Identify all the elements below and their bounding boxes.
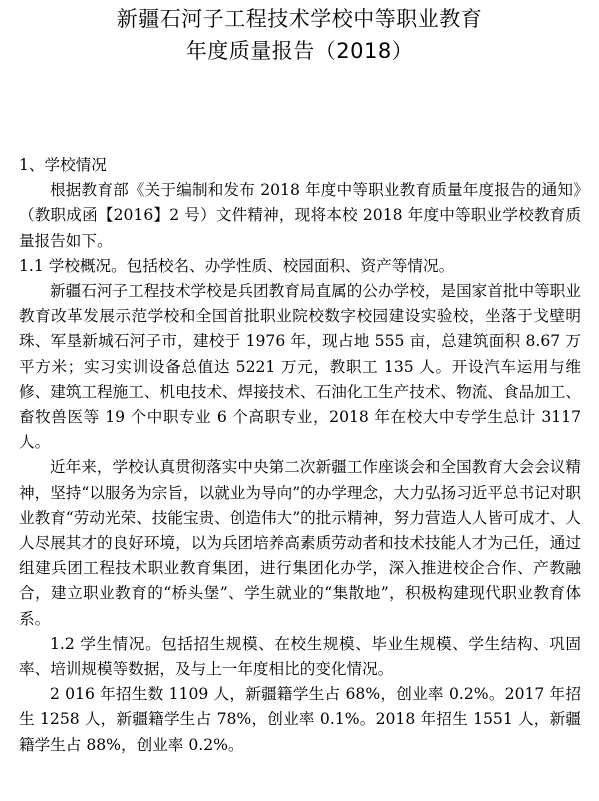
subsection-heading-1-2: 1.2 学生情况。包括招生规模、在校生规模、毕业生规模、学生结构、巩固率、培训规… (19, 632, 581, 682)
section-heading-school-overview: 1、学校情况 (19, 153, 581, 178)
school-profile-paragraph: 新疆石河子工程技术学校是兵团教育局直属的公办学校，是国家首批中等职业教育改革发展… (19, 279, 581, 455)
enrollment-stats-paragraph: 2 016 年招生数 1109 人，新疆籍学生占 68%，创业率 0.2%。20… (19, 682, 581, 758)
document-title-line1: 新疆石河子工程技术学校中等职业教育 (0, 5, 599, 33)
recent-years-paragraph: 近年来，学校认真贯彻落实中央第二次新疆工作座谈会和全国教育大会会议精神，坚持“以… (19, 455, 581, 631)
document-body: 1、学校情况 根据教育部《关于编制和发布 2018 年度中等职业教育质量年度报告… (19, 153, 581, 758)
subsection-heading-1-1: 1.1 学校概况。包括校名、办学性质、校园面积、资产等情况。 (19, 254, 581, 279)
document-title-line2: 年度质量报告（2018） (0, 37, 599, 65)
intro-paragraph: 根据教育部《关于编制和发布 2018 年度中等职业教育质量年度报告的通知》（教职… (19, 178, 581, 254)
